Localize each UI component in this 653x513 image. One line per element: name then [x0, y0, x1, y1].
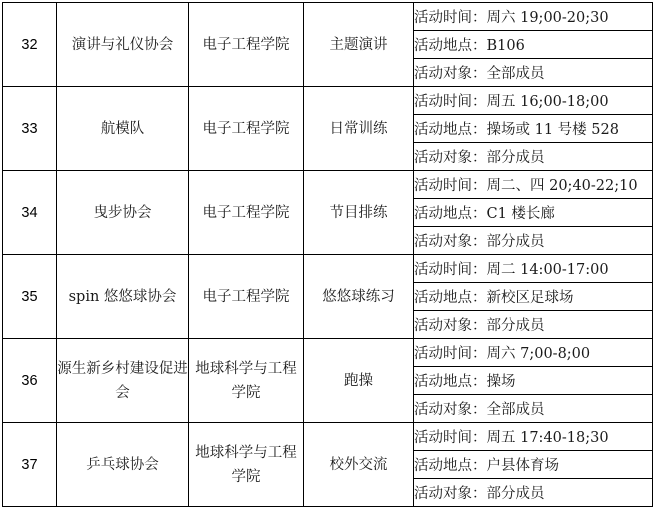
- table-row: 32 演讲与礼仪协会 电子工程学院 主题演讲 活动时间：周六 19;00-20;…: [3, 3, 653, 31]
- activity-place: 活动地点：户县体育场: [414, 451, 653, 479]
- college-name: 地球科学与工程学院: [189, 423, 304, 507]
- activity-target: 活动对象：部分成员: [414, 479, 653, 507]
- activity-place: 活动地点：新校区足球场: [414, 283, 653, 311]
- college-name: 地球科学与工程学院: [189, 339, 304, 423]
- activity-time: 活动时间：周五 16;00-18;00: [414, 87, 653, 115]
- row-number: 32: [3, 3, 57, 87]
- table-row: 34 曳步协会 电子工程学院 节目排练 活动时间：周二、四 20;40-22;1…: [3, 171, 653, 199]
- row-number: 34: [3, 171, 57, 255]
- activity-time: 活动时间：周六 19;00-20;30: [414, 3, 653, 31]
- activity-target: 活动对象：全部成员: [414, 59, 653, 87]
- activity-target: 活动对象：部分成员: [414, 311, 653, 339]
- club-name: 航模队: [57, 87, 189, 171]
- college-name: 电子工程学院: [189, 3, 304, 87]
- table-row: 36 源生新乡村建设促进会 地球科学与工程学院 跑操 活动时间：周六 7;00-…: [3, 339, 653, 367]
- activity-time: 活动时间：周二 14:00-17:00: [414, 255, 653, 283]
- table-row: 33 航模队 电子工程学院 日常训练 活动时间：周五 16;00-18;00: [3, 87, 653, 115]
- activity-type: 主题演讲: [304, 3, 414, 87]
- activity-time: 活动时间：周二、四 20;40-22;10: [414, 171, 653, 199]
- activity-target: 活动对象：部分成员: [414, 227, 653, 255]
- activity-target: 活动对象：部分成员: [414, 143, 653, 171]
- activity-type: 跑操: [304, 339, 414, 423]
- club-activity-table: 32 演讲与礼仪协会 电子工程学院 主题演讲 活动时间：周六 19;00-20;…: [2, 2, 653, 507]
- college-name: 电子工程学院: [189, 87, 304, 171]
- college-name: 电子工程学院: [189, 171, 304, 255]
- activity-type: 日常训练: [304, 87, 414, 171]
- activity-place: 活动地点：C1 楼长廊: [414, 199, 653, 227]
- row-number: 37: [3, 423, 57, 507]
- club-name: 曳步协会: [57, 171, 189, 255]
- activity-type: 校外交流: [304, 423, 414, 507]
- activity-place: 活动地点：B106: [414, 31, 653, 59]
- activity-place: 活动地点：操场: [414, 367, 653, 395]
- row-number: 33: [3, 87, 57, 171]
- table-row: 35 spin 悠悠球协会 电子工程学院 悠悠球练习 活动时间：周二 14:00…: [3, 255, 653, 283]
- club-name: spin 悠悠球协会: [57, 255, 189, 339]
- activity-time: 活动时间：周五 17:40-18;30: [414, 423, 653, 451]
- activity-place: 活动地点：操场或 11 号楼 528: [414, 115, 653, 143]
- activity-type: 悠悠球练习: [304, 255, 414, 339]
- club-name: 演讲与礼仪协会: [57, 3, 189, 87]
- table-row: 37 乒乓球协会 地球科学与工程学院 校外交流 活动时间：周五 17:40-18…: [3, 423, 653, 451]
- club-name: 乒乓球协会: [57, 423, 189, 507]
- row-number: 35: [3, 255, 57, 339]
- college-name: 电子工程学院: [189, 255, 304, 339]
- club-name: 源生新乡村建设促进会: [57, 339, 189, 423]
- activity-type: 节目排练: [304, 171, 414, 255]
- activity-target: 活动对象：全部成员: [414, 395, 653, 423]
- row-number: 36: [3, 339, 57, 423]
- activity-time: 活动时间：周六 7;00-8;00: [414, 339, 653, 367]
